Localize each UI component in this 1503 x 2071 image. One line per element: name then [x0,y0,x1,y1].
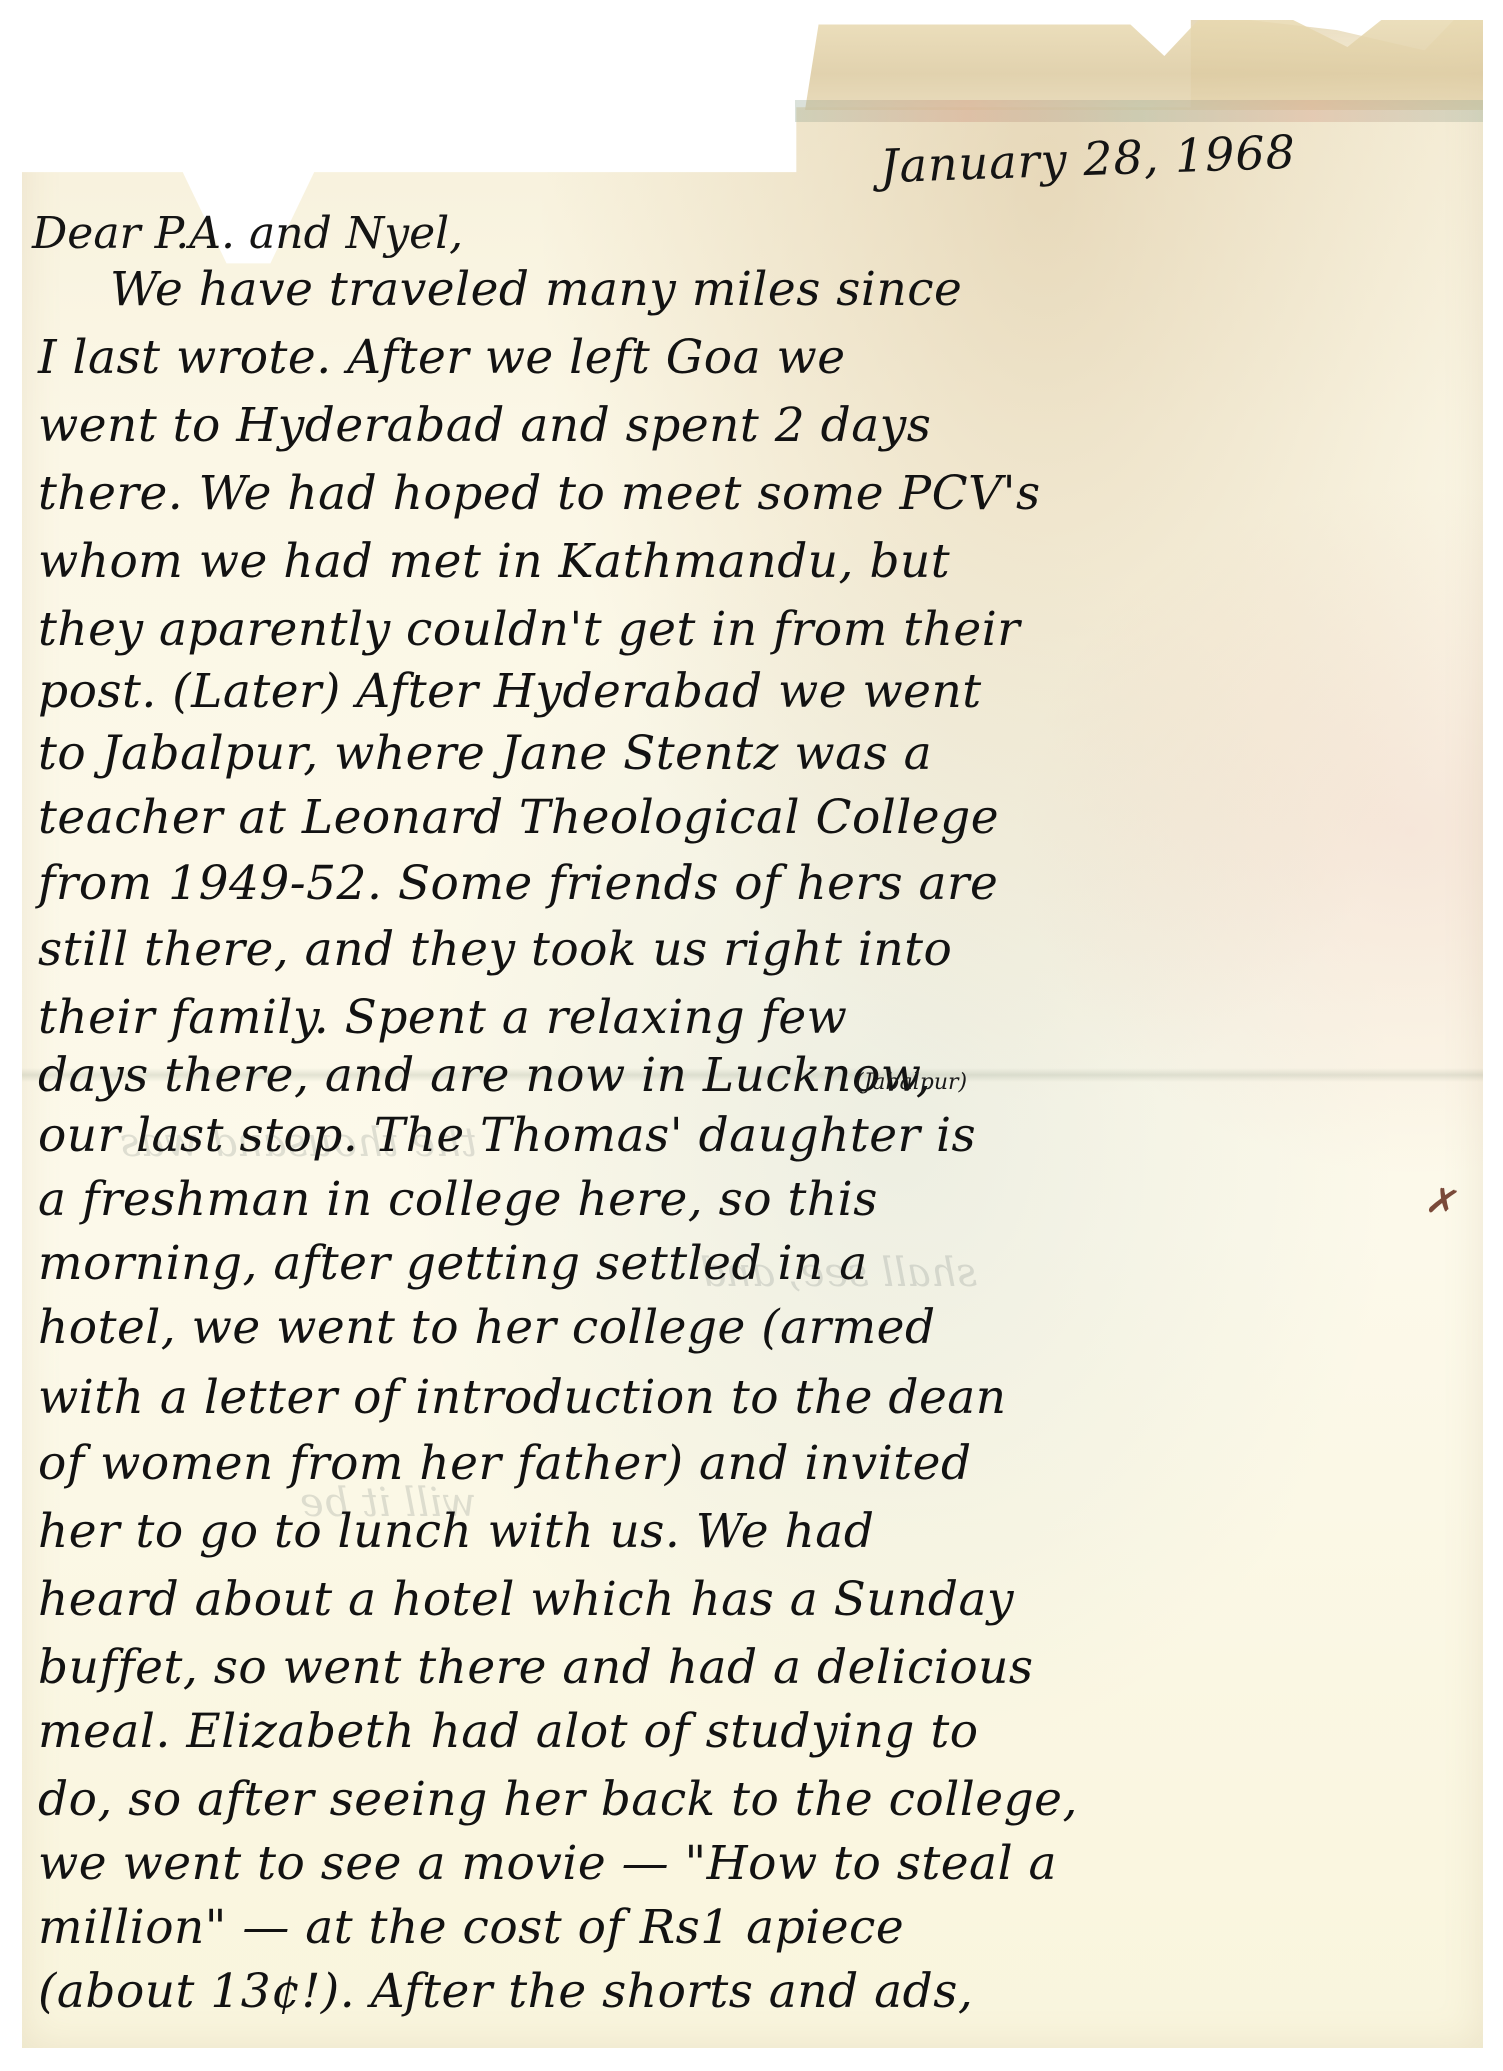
letter-line: meal. Elizabeth had alot of studying to [38,1704,979,1759]
salutation: Dear P.A. and Nyel, [32,208,463,259]
letter-line: they aparently couldn't get in from thei… [38,602,1020,657]
letter-line: buffet, so went there and had a deliciou… [38,1640,1034,1695]
letter-line: million" — at the cost of Rs1 apiece [38,1900,904,1955]
letter-line: teacher at Leonard Theological College [38,790,999,845]
letter-content: the thousand was shall see, and will it … [0,0,1503,2071]
letter-line: our last stop. The Thomas' daughter is [38,1108,976,1163]
letter-line: do, so after seeing her back to the coll… [38,1772,1078,1827]
letter-line: whom we had met in Kathmandu, but [38,534,950,589]
letter-line: we went to see a movie — "How to steal a [38,1836,1057,1891]
letter-line: still there, and they took us right into [38,922,952,977]
letter-line: a freshman in college here, so this [38,1172,878,1227]
letter-line: post. (Later) After Hyderabad we went [38,664,982,719]
letter-line: hotel, we went to her college (armed [38,1300,936,1355]
letter-line: their family. Spent a relaxing few [38,990,847,1045]
letter-line: from 1949-52. Some friends of hers are [38,856,998,911]
letter-date: January 28, 1968 [879,125,1297,193]
letter-line: went to Hyderabad and spent 2 days [38,398,931,453]
letter-line: We have traveled many miles since [110,262,962,317]
margin-x-mark: ✗ [1422,1177,1464,1228]
letter-line: with a letter of introduction to the dea… [38,1370,1007,1425]
annotation-jabalpur: (Jabalpur) [855,1070,967,1095]
letter-line: heard about a hotel which has a Sunday [38,1572,1014,1627]
letter-line: of women from her father) and invited [38,1436,972,1491]
letter-line: (about 13¢!). After the shorts and ads, [38,1964,973,2019]
letter-line: I last wrote. After we left Goa we [38,330,846,385]
letter-line: her to go to lunch with us. We had [38,1504,874,1559]
letter-line: days there, and are now in Lucknow, [38,1048,931,1103]
letter-line: there. We had hoped to meet some PCV's [38,466,1041,521]
letter-line: morning, after getting settled in a [38,1236,868,1291]
letter-line: to Jabalpur, where Jane Stentz was a [38,726,932,781]
